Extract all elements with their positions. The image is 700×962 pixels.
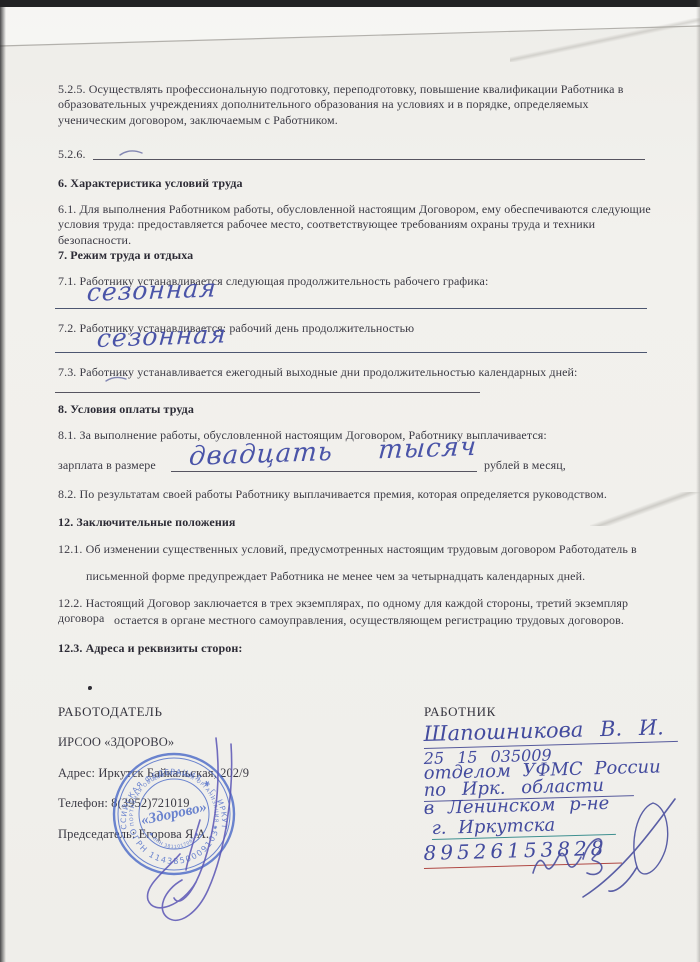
pen-dash-mark	[118, 147, 144, 159]
clause-12-1-line1: 12.1. Об изменении существенных условий,…	[58, 542, 658, 557]
handwriting-schedule-7-1: сезонная	[86, 273, 218, 307]
clause-12-3-heading: 12.3. Адреса и реквизиты сторон:	[58, 641, 242, 656]
clause-7-1-blank-line	[55, 308, 647, 309]
clause-7-3-blank-line	[55, 392, 480, 393]
clause-5-2-5: 5.2.5. Осуществлять профессиональную под…	[58, 82, 654, 128]
section-8-heading: 8. Условия оплаты труда	[58, 402, 194, 417]
scanner-edge-right	[696, 0, 700, 962]
worker-heading: РАБОТНИК	[424, 704, 496, 719]
salary-blank-line	[171, 471, 477, 472]
handwriting-schedule-7-2: сезонная	[96, 319, 228, 353]
section-12-heading: 12. Заключительные положения	[58, 515, 235, 530]
salary-suffix: рублей в месяц,	[484, 458, 566, 473]
section-7-heading: 7. Режим труда и отдыха	[58, 248, 193, 263]
clause-6-1: 6.1. Для выполнения Работником работы, о…	[58, 202, 658, 248]
employer-heading: РАБОТОДАТЕЛЬ	[58, 704, 163, 719]
clause-12-1-line2: письменной форме предупреждает Работника…	[86, 569, 666, 584]
section-6-heading: 6. Характеристика условий труда	[58, 176, 243, 191]
clause-8-2: 8.2. По результатам своей работы Работни…	[58, 487, 658, 502]
clause-7-2-blank-line	[55, 352, 647, 353]
clause-5-2-6-label: 5.2.6.	[58, 147, 86, 162]
scanned-contract-page: 5.2.5. Осуществлять профессиональную под…	[0, 0, 700, 962]
salary-prefix: зарплата в размере	[58, 458, 156, 473]
chairman-signature	[130, 730, 270, 930]
worker-signature	[525, 795, 695, 910]
scanner-edge-left	[0, 0, 6, 962]
clause-12-2-line2: остается в органе местного самоуправлени…	[114, 613, 694, 628]
pen-dash-mark	[104, 373, 128, 385]
clause-5-2-6-blank-line	[93, 159, 645, 160]
clause-7-3: 7.3. Работнику устанавливается ежегодный…	[58, 365, 658, 380]
